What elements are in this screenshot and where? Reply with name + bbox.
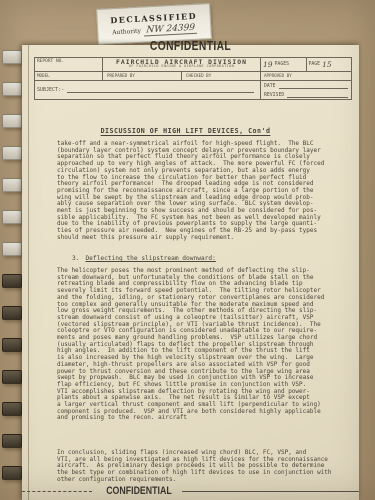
paragraph-2: The helicopter poses the most prominent … xyxy=(57,268,333,422)
subject-blank-line xyxy=(67,86,254,93)
confidential-stamp-top: CONFIDENTIAL xyxy=(52,39,328,53)
pages-row: 19 PAGES PAGE 15 xyxy=(261,58,351,72)
binding-tooth xyxy=(2,82,22,96)
binding-tooth xyxy=(2,178,22,192)
binding-tooth xyxy=(2,210,22,224)
revised-row: REVISED xyxy=(261,90,351,99)
comb-binding xyxy=(0,0,24,500)
page-number-value: 15 xyxy=(322,60,332,69)
division-title-block: FAIRCHILD AIRCRAFT DIVISION OF FAIRCHILD… xyxy=(103,58,260,71)
authority-label: Authority xyxy=(112,27,141,35)
header-table: REPORT NO. FAIRCHILD AIRCRAFT DIVISION O… xyxy=(34,57,352,100)
section-heading-text: Deflecting the slipstream downward: xyxy=(85,255,215,262)
binding-tooth xyxy=(2,114,22,128)
prepared-by-label: PREPARED BY xyxy=(103,72,182,80)
approved-by-label: APPROVED BY xyxy=(261,72,351,81)
pages-label: PAGES xyxy=(275,62,289,67)
binding-tooth xyxy=(2,338,22,352)
binding-tooth xyxy=(2,146,22,160)
subject-row: SUBJECT:- xyxy=(35,81,260,99)
footer-rule-left xyxy=(22,491,92,492)
footer-rule-right xyxy=(182,491,359,492)
revised-blank-line xyxy=(287,92,348,98)
binding-tooth xyxy=(2,402,22,416)
report-no-label: REPORT NO. xyxy=(35,58,103,71)
date-label: DATE xyxy=(264,84,276,89)
binding-tooth xyxy=(2,466,22,480)
page-label: PAGE xyxy=(309,62,321,67)
page-number-cell: PAGE 15 xyxy=(307,58,352,71)
binding-tooth xyxy=(2,50,22,64)
paragraph-3: In conclusion, sliding flaps (increased … xyxy=(57,450,333,484)
section-number: 3. xyxy=(72,255,79,262)
pages-count-value: 19 xyxy=(263,60,273,69)
binding-tooth xyxy=(2,370,22,384)
checked-by-label: CHECKED BY xyxy=(182,72,260,80)
binding-tooth xyxy=(2,306,22,320)
section-heading: 3.Deflecting the slipstream downward: xyxy=(72,255,216,262)
document-title: DISCUSSION OF HIGH LIFT DEVICES, Con'd xyxy=(22,127,349,135)
page-edge-line xyxy=(28,45,29,500)
paragraph-1: take-off and a near-symmetrical airfoil … xyxy=(57,141,333,242)
date-row: DATE xyxy=(261,81,351,90)
binding-tooth xyxy=(2,274,22,288)
subject-label: SUBJECT:- xyxy=(37,87,64,93)
header-right: 19 PAGES PAGE 15 APPROVED BY DATE REVISE… xyxy=(261,58,351,99)
header-row-title: REPORT NO. FAIRCHILD AIRCRAFT DIVISION O… xyxy=(35,58,260,72)
model-label: MODEL xyxy=(35,72,103,80)
confidential-stamp-bottom: CONFIDENTIAL xyxy=(106,485,172,497)
date-blank-line xyxy=(279,83,348,89)
authority-handwritten-value: NW 24399 xyxy=(144,22,197,36)
pages-count-cell: 19 PAGES xyxy=(261,58,307,71)
header-row-byline: MODEL PREPARED BY CHECKED BY xyxy=(35,72,260,81)
binding-tooth xyxy=(2,434,22,448)
document-page: CONFIDENTIAL REPORT NO. FAIRCHILD AIRCRA… xyxy=(22,45,359,500)
scanned-document-photo: DECLASSIFIED Authority NW 24399 CONFIDEN… xyxy=(0,0,375,500)
header-left: REPORT NO. FAIRCHILD AIRCRAFT DIVISION O… xyxy=(35,58,261,99)
revised-label: REVISED xyxy=(264,93,284,98)
binding-tooth xyxy=(2,242,22,256)
confidential-footer: CONFIDENTIAL xyxy=(22,483,359,499)
declassified-authority: Authority NW 24399 xyxy=(112,22,197,37)
